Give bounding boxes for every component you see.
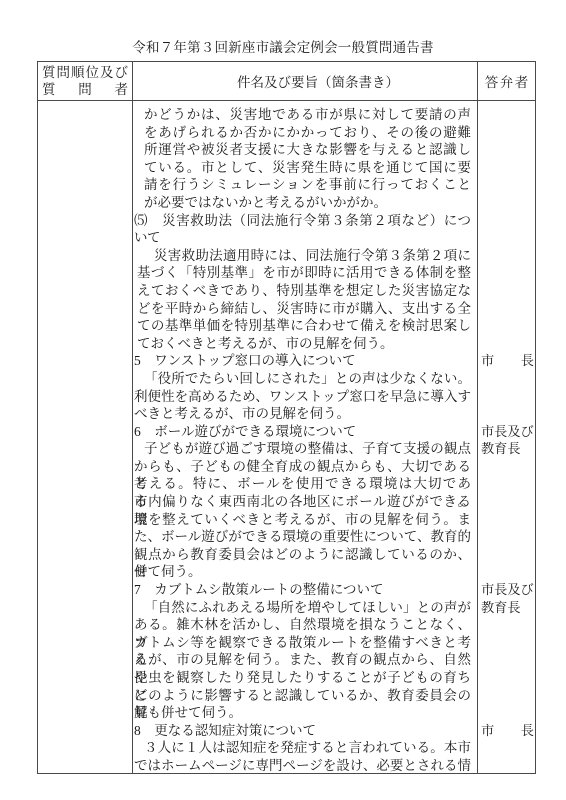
body-text-line: 「自然にふれあえる場所を増やしてほしい」との声が (133, 599, 477, 617)
document-page: 令和７年第３回新座市議会定例会一般質問通告書 質問順位及び 質 問 者 件名及び… (0, 0, 566, 800)
body-text-line: 6 ボール遊びができる環境について (133, 423, 477, 441)
body-text-line: 考える。特に、ボールを使用できる環境は大切である。 (133, 475, 477, 493)
respondent-entry: 市長及び教育長 (481, 581, 534, 616)
respondent-entry-line: 市長及び (481, 423, 534, 441)
body-text-line: 観点から教育委員会はどのように認識しているのか、併 (133, 546, 477, 564)
body-text-line: せて伺う。 (133, 563, 477, 581)
header-cell-questioner: 質問順位及び 質 問 者 (38, 62, 133, 100)
header-respondent-label: 答弁者 (483, 71, 530, 91)
body-text-line: 子どもが遊び過ごす環境の整備は、子育て支援の観点 (133, 440, 477, 458)
header-cell-subject: 件名及び要旨（箇条書き） (133, 62, 478, 100)
body-text-line: ておくべきと考えるが、市の見解を伺う。 (133, 335, 477, 353)
header-subject-label: 件名及び要旨（箇条書き） (237, 71, 399, 91)
body-text-line: 昆虫を観察したり発見したりすることが子どもの育ちに (133, 669, 477, 687)
body-text-line: かどうかは、災害地である市が県に対して要請の声 (133, 106, 477, 124)
body-text-line: 7 カブトムシ散策ルートの整備について (133, 581, 477, 599)
body-text-line: 所運営や被災者支援に大きな影響を与えると認識し (133, 141, 477, 159)
body-text-line: べきと考えるが、市の見解を伺う。 (133, 405, 477, 423)
body-text-line: 利便性を高めるため、ワンストップ窓口を早急に導入す (133, 388, 477, 406)
body-text-line: ではホームページに専門ページを設け、必要とされる情 (133, 757, 477, 775)
header-cell-respondent: 答弁者 (478, 62, 535, 100)
body-text-line: をあげられるか否かにかかっており、その後の避難 (133, 124, 477, 142)
body-text-line: ブトムシ等を観察できる散策ルートを整備すべきと考え (133, 634, 477, 652)
body-text-line: 境を整えていくべきと考えるが、市の見解を伺う。ま (133, 511, 477, 529)
body-text-line: 「役所でたらい回しにされた」との声は少なくない。 (133, 370, 477, 388)
body-text-line: が必要ではないかと考えるがいかがか。 (133, 194, 477, 212)
body-text-line: ３人に１人は認知症を発症すると言われている。本市 (133, 739, 477, 757)
respondent-entry: 市 長 (481, 352, 534, 370)
body-text-line: るが、市の見解を伺う。また、教育の観点から、自然や (133, 651, 477, 669)
body-text-line: て (133, 229, 477, 247)
respondent-entry-line: 市長及び (481, 581, 534, 599)
header-questioner-line1: 質問順位及び (42, 64, 128, 81)
body-text-line: た、ボール遊びができる環境の重要性について、教育的 (133, 528, 477, 546)
respondent-entry-line: 教育長 (481, 599, 534, 617)
body-text-line: 8 更なる認知症対策について (133, 722, 477, 740)
body-text-line: 5 ワンストップ窓口の導入について (133, 352, 477, 370)
body-text-line: ての基準単価を特別基準に合わせて備えを検討思案し (133, 317, 477, 335)
respondent-column: 市 長市長及び教育長市長及び教育長市 長 (478, 101, 535, 773)
notice-table: 質問順位及び 質 問 者 件名及び要旨（箇条書き） 答弁者 かどうかは、災害地で… (37, 61, 536, 774)
page-title: 令和７年第３回新座市議会定例会一般質問通告書 (0, 36, 566, 56)
body-text-line: 災害救助法適用時には、同法施行令第３条第２項に (133, 247, 477, 265)
body-text-line: ある。雑木林を活かし、自然環境を損なうことなく、カ (133, 616, 477, 634)
body-text-line: えておくべきであり、特別基準を想定した災害協定な (133, 282, 477, 300)
body-text-line: どを平時から締結し、災害時に市が購入、支出する全 (133, 300, 477, 318)
body-text-line: 基づく「特別基準」を市が即時に活用できる体制を整 (133, 264, 477, 282)
respondent-entry-line: 市 長 (481, 722, 534, 740)
body-text-line: 解も併せて伺う。 (133, 704, 477, 722)
body-text-line: 市内偏りなく東西南北の各地区にボール遊びができる環 (133, 493, 477, 511)
respondent-entry-line: 市 長 (481, 352, 534, 370)
body-text-line: からも、子どもの健全育成の観点からも、大切であると (133, 458, 477, 476)
respondent-entry-line: 教育長 (481, 440, 534, 458)
body-text-line: どのように影響すると認識しているか、教育委員会の見 (133, 687, 477, 705)
header-questioner-line2: 質 問 者 (42, 81, 128, 98)
body-text-line: 請を行うシミュレーションを事前に行っておくこと (133, 176, 477, 194)
question-body-lines: かどうかは、災害地である市が県に対して要請の声をあげられるか否かにかかっており、… (133, 101, 478, 773)
questioner-cell (38, 101, 133, 773)
table-body-row: かどうかは、災害地である市が県に対して要請の声をあげられるか否かにかかっており、… (38, 101, 535, 773)
body-text-line: ⑸ 災害救助法（同法施行令第３条第２項など）につい (133, 212, 477, 230)
respondent-entry: 市長及び教育長 (481, 423, 534, 458)
respondent-entry: 市 長 (481, 722, 534, 740)
table-header-row: 質問順位及び 質 問 者 件名及び要旨（箇条書き） 答弁者 (38, 62, 535, 101)
body-text-line: ている。市として、災害発生時に県を通じて国に要 (133, 159, 477, 177)
